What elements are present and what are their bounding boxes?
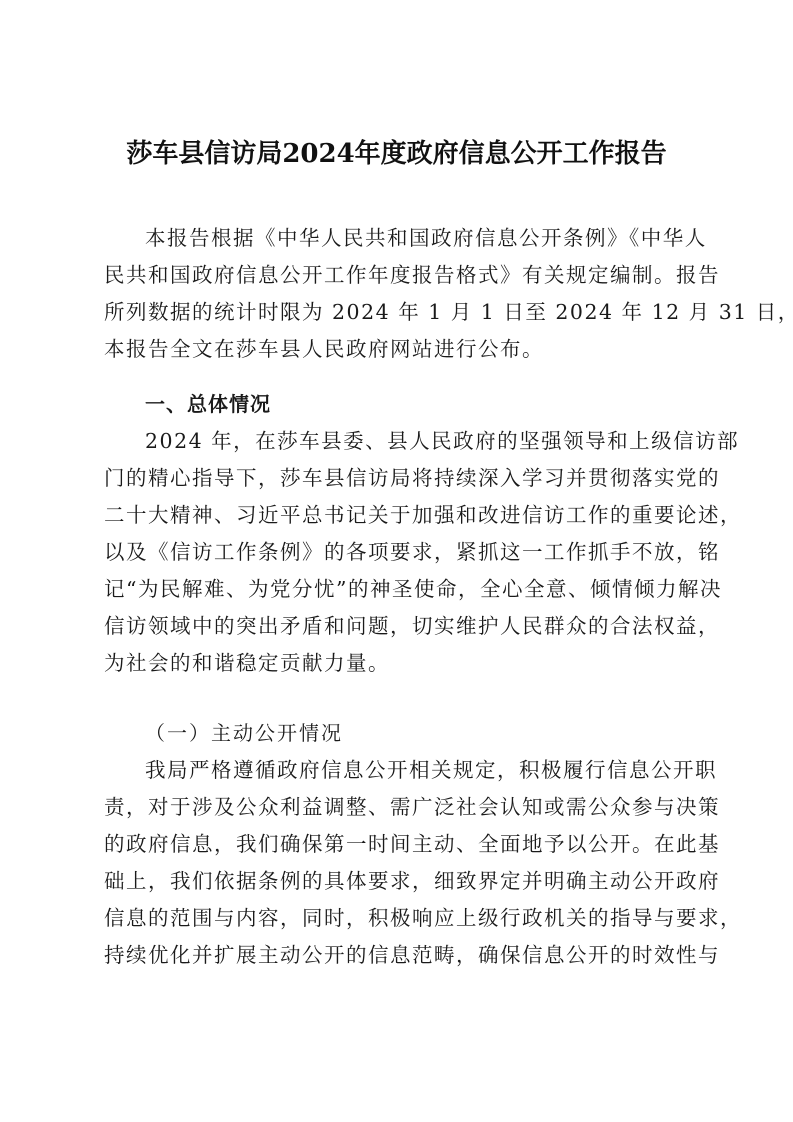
paragraph-line: 本报告根据《中华人民共和国政府信息公开条例》《中华人 xyxy=(104,220,702,257)
paragraph-line: 础上，我们依据条例的具体要求，细致界定并明确主动公开政府 xyxy=(104,863,702,900)
paragraph-line: 的政府信息，我们确保第一时间主动、全面地予以公开。在此基 xyxy=(104,826,702,863)
paragraph-line: 门的精心指导下，莎车县信访局将持续深入学习并贯彻落实党的 xyxy=(104,460,702,497)
document-page: 莎车县信访局2024年度政府信息公开工作报告 本报告根据《中华人民共和国政府信息… xyxy=(0,0,793,1122)
paragraph-line: 我局严格遵循政府信息公开相关规定，积极履行信息公开职 xyxy=(104,752,702,789)
paragraph-line: 信访领域中的突出矛盾和问题，切实维护人民群众的合法权益， xyxy=(104,608,702,645)
paragraph-line: 二十大精神、习近平总书记关于加强和改进信访工作的重要论述， xyxy=(104,497,702,534)
intro-paragraph: 本报告根据《中华人民共和国政府信息公开条例》《中华人 民共和国政府信息公开工作年… xyxy=(104,220,702,368)
paragraph-line: 为社会的和谐稳定贡献力量。 xyxy=(104,645,702,682)
paragraph-line: 本报告全文在莎车县人民政府网站进行公布。 xyxy=(104,331,702,368)
paragraph-line: 责，对于涉及公众利益调整、需广泛社会认知或需公众参与决策 xyxy=(104,789,702,826)
paragraph-line: 记“为民解难、为党分忧”的神圣使命，全心全意、倾情倾力解决 xyxy=(104,571,702,608)
paragraph-line: 所列数据的统计时限为 2024 年 1 月 1 日至 2024 年 12 月 3… xyxy=(104,294,702,331)
paragraph-line: 持续优化并扩展主动公开的信息范畴，确保信息公开的时效性与 xyxy=(104,937,702,974)
subsection-heading-proactive-disclosure: （一）主动公开情况 xyxy=(104,715,702,752)
paragraph-line: 以及《信访工作条例》的各项要求，紧抓这一工作抓手不放，铭 xyxy=(104,534,702,571)
overview-paragraph: 2024 年，在莎车县委、县人民政府的坚强领导和上级信访部 门的精心指导下，莎车… xyxy=(104,423,702,682)
paragraph-line: 民共和国政府信息公开工作年度报告格式》有关规定编制。报告 xyxy=(104,257,702,294)
section-heading-overview: 一、总体情况 xyxy=(104,386,702,423)
paragraph-line: 信息的范围与内容，同时，积极响应上级行政机关的指导与要求， xyxy=(104,900,702,937)
proactive-disclosure-paragraph: 我局严格遵循政府信息公开相关规定，积极履行信息公开职 责，对于涉及公众利益调整、… xyxy=(104,752,702,974)
report-title: 莎车县信访局2024年度政府信息公开工作报告 xyxy=(0,136,793,172)
report-body: 本报告根据《中华人民共和国政府信息公开条例》《中华人 民共和国政府信息公开工作年… xyxy=(104,220,702,974)
paragraph-line: 2024 年，在莎车县委、县人民政府的坚强领导和上级信访部 xyxy=(104,423,702,460)
